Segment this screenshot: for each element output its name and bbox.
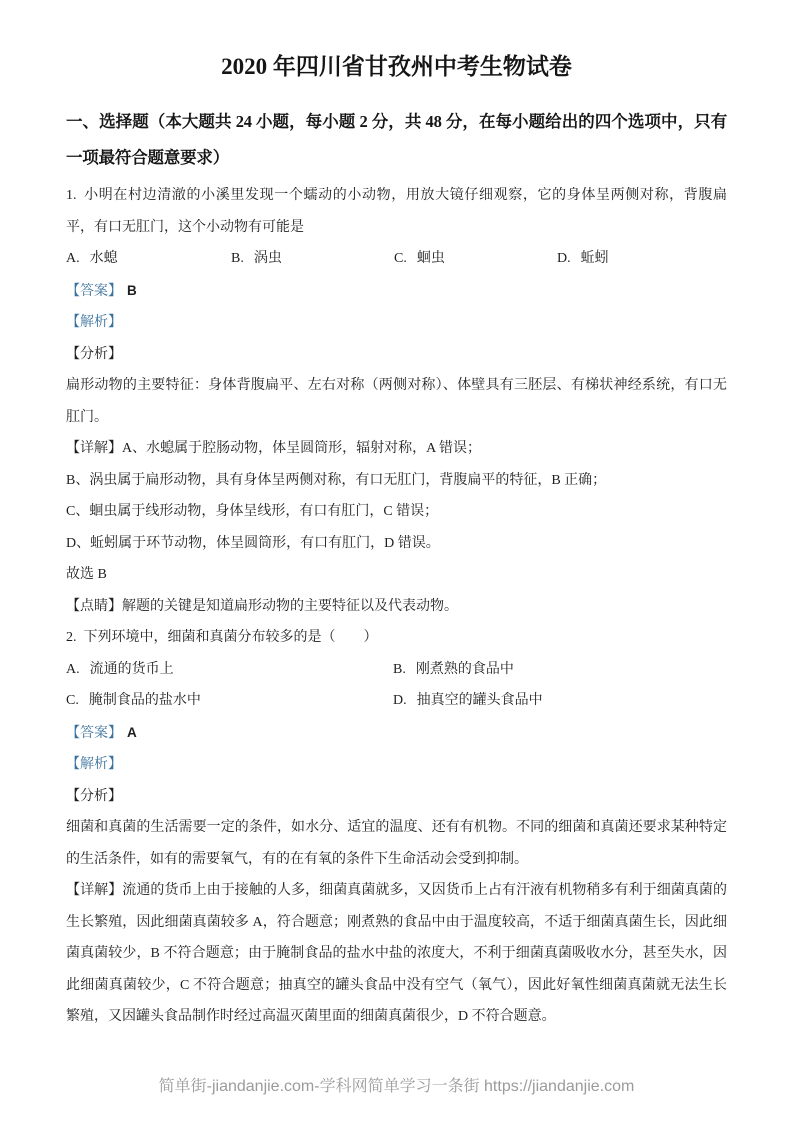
option-a: A.流通的货币上 xyxy=(66,654,393,686)
option-c: C.腌制食品的盐水中 xyxy=(66,685,393,717)
question-stem-text: 下列环境中，细菌和真菌分布较多的是（ ） xyxy=(84,630,378,645)
detail-line-a: 【详解】A、水螅属于腔肠动物，体呈圆筒形，辐射对称，A 错误； xyxy=(66,433,727,465)
question-number: 2. xyxy=(66,630,77,645)
watermark-footer: 简单街-jiandanjie.com-学科网简单学习一条街 https://ji… xyxy=(0,1073,793,1096)
question-number: 1. xyxy=(66,188,77,203)
section-header: 一、选择题（本大题共 24 小题，每小题 2 分，共 48 分，在每小题给出的四… xyxy=(66,104,727,176)
options-row-ab: A.流通的货币上 B.刚煮熟的食品中 xyxy=(66,654,727,686)
detail-line-c: C、蛔虫属于线形动物，身体呈线形，有口有肛门，C 错误； xyxy=(66,496,727,528)
option-b: B.刚煮熟的食品中 xyxy=(393,654,727,686)
exam-document-page: 2020 年四川省甘孜州中考生物试卷 一、选择题（本大题共 24 小题，每小题 … xyxy=(0,0,793,1033)
answer-line: 【答案】B xyxy=(66,275,727,308)
detail-label: 【详解】 xyxy=(66,883,122,898)
options-row-cd: C.腌制食品的盐水中 D.抽真空的罐头食品中 xyxy=(66,685,727,717)
question-block-2: 2.下列环境中，细菌和真菌分布较多的是（ ） A.流通的货币上 B.刚煮熟的食品… xyxy=(66,622,727,1033)
answer-label: 【答案】 xyxy=(66,726,122,741)
options-row: A.水螅 B.涡虫 C.蛔虫 D.蚯蚓 xyxy=(66,243,727,275)
question-stem: 1.小明在村边清澈的小溪里发现一个蠕动的小动物，用放大镜仔细观察，它的身体呈两侧… xyxy=(66,180,727,243)
detail-label: 【详解】 xyxy=(66,441,122,456)
option-d: D.抽真空的罐头食品中 xyxy=(393,685,727,717)
question-stem: 2.下列环境中，细菌和真菌分布较多的是（ ） xyxy=(66,622,727,654)
explanation-label: 【解析】 xyxy=(66,749,727,781)
option-a: A.水螅 xyxy=(66,243,231,275)
answer-line: 【答案】A xyxy=(66,717,727,750)
analysis-label: 【分析】 xyxy=(66,339,727,371)
answer-letter: B xyxy=(127,283,137,298)
tip-line: 【点睛】解题的关键是知道扁形动物的主要特征以及代表动物。 xyxy=(66,591,727,623)
answer-label: 【答案】 xyxy=(66,284,122,299)
analysis-paragraph: 扁形动物的主要特征：身体背腹扁平、左右对称（两侧对称）、体壁具有三胚层、有梯状神… xyxy=(66,370,727,433)
answer-letter: A xyxy=(127,725,137,740)
option-d: D.蚯蚓 xyxy=(557,243,727,275)
analysis-paragraph: 细菌和真菌的生活需要一定的条件，如水分、适宜的温度、还有有机物。不同的细菌和真菌… xyxy=(66,812,727,875)
tip-label: 【点睛】 xyxy=(66,599,122,614)
analysis-label: 【分析】 xyxy=(66,781,727,813)
conclusion-line: 故选 B xyxy=(66,559,727,591)
question-stem-text: 小明在村边清澈的小溪里发现一个蠕动的小动物，用放大镜仔细观察，它的身体呈两侧对称… xyxy=(66,188,727,235)
question-block-1: 1.小明在村边清澈的小溪里发现一个蠕动的小动物，用放大镜仔细观察，它的身体呈两侧… xyxy=(66,180,727,622)
page-title: 2020 年四川省甘孜州中考生物试卷 xyxy=(66,50,727,84)
option-b: B.涡虫 xyxy=(231,243,394,275)
detail-line-b: B、涡虫属于扁形动物，具有身体呈两侧对称，有口无肛门，背腹扁平的特征，B 正确； xyxy=(66,465,727,497)
explanation-label: 【解析】 xyxy=(66,307,727,339)
detail-line-d: D、蚯蚓属于环节动物，体呈圆筒形，有口有肛门，D 错误。 xyxy=(66,528,727,560)
detail-paragraph: 【详解】流通的货币上由于接触的人多，细菌真菌就多，又因货币上占有汗液有机物稍多有… xyxy=(66,875,727,1033)
option-c: C.蛔虫 xyxy=(394,243,557,275)
